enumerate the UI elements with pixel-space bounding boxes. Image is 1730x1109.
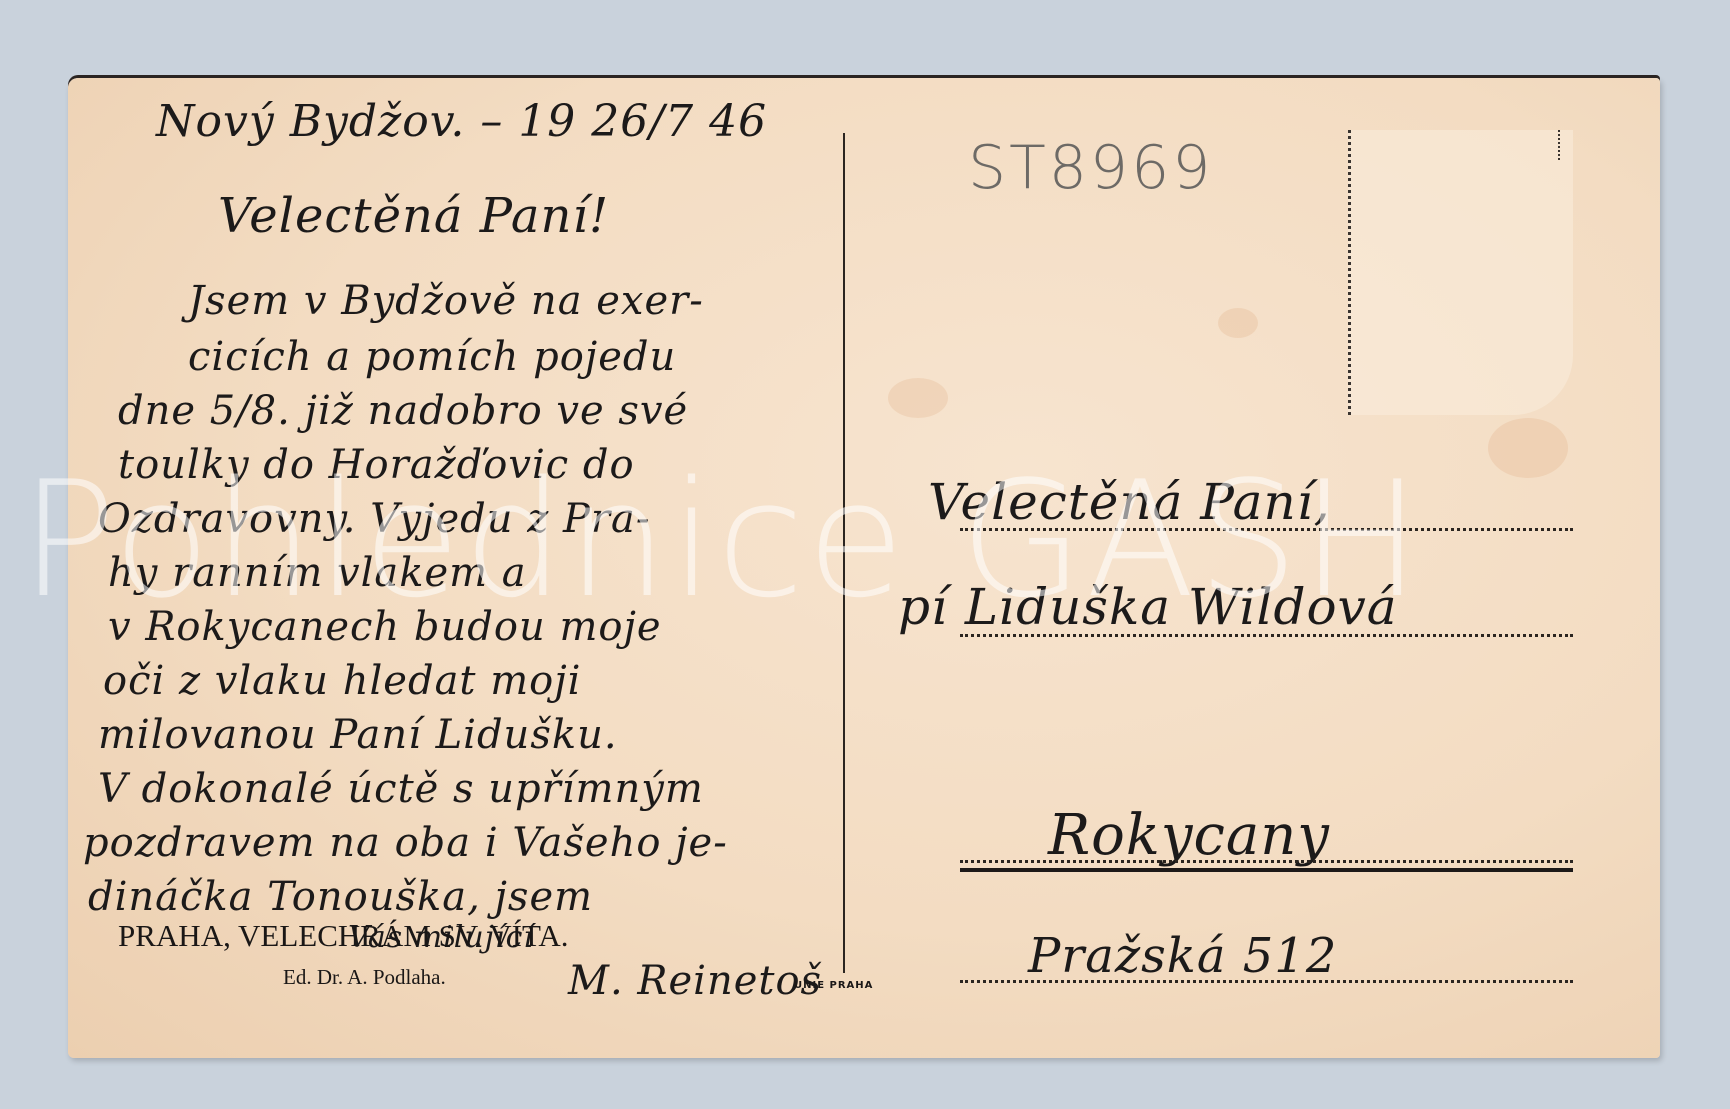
salutation: Velectěná Paní! [218,188,609,244]
postcard-back: Nový Bydžov. – 19 26/7 46 ST8969 Velectě… [68,78,1660,1058]
address-line-1: Velectěná Paní, [928,473,1331,531]
pencil-catalog-number: ST8969 [968,133,1213,203]
signature: M. Reinetoš [568,958,822,1004]
message-line: dne 5/8. již nadobro ve své [118,388,688,434]
address-city: Rokycany [1048,803,1330,868]
message-line: toulky do Horažďovic do [118,442,635,488]
address-dotted-line [960,634,1573,637]
message-address-divider [843,133,845,973]
message-line: milovanou Paní Lidušku. [98,712,618,758]
message-line: dináčka Tonouška, jsem [88,874,593,920]
handwritten-place-date: Nový Bydžov. – 19 26/7 46 [156,96,767,147]
message-line: Jsem v Bydžově na exer- [188,278,704,324]
message-line: hy ranním vlakem a [108,550,527,596]
message-line: V dokonalé úctě s upřímným [98,766,704,812]
address-street: Pražská 512 [1028,928,1337,984]
message-line: cicích a pomích pojedu [188,334,676,380]
address-dotted-line [960,528,1573,531]
message-line: oči z vlaku hledat moji [103,658,581,704]
message-line: Ozdravovny. Vyjedu z Pra- [98,496,650,542]
printed-publisher: Ed. Dr. A. Podlaha. [283,965,446,990]
stamp-area [1348,130,1573,415]
message-line: pozdravem na oba i Vašeho je- [83,820,728,866]
address-dotted-line [960,860,1573,863]
address-city-underline [960,868,1573,872]
paper-stain [1488,418,1568,478]
address-dotted-line [960,980,1573,983]
address-line-2: pí Liduška Wildová [898,578,1398,636]
printer-mark: UNIE PRAHA [794,980,873,991]
paper-stain [1218,308,1258,338]
message-line: v Rokycanech budou moje [108,604,662,650]
paper-stain [888,378,948,418]
printed-caption: PRAHA, VELECHRÁM SV. VÍTA. [118,918,569,954]
stamp-area-border [1558,130,1560,160]
